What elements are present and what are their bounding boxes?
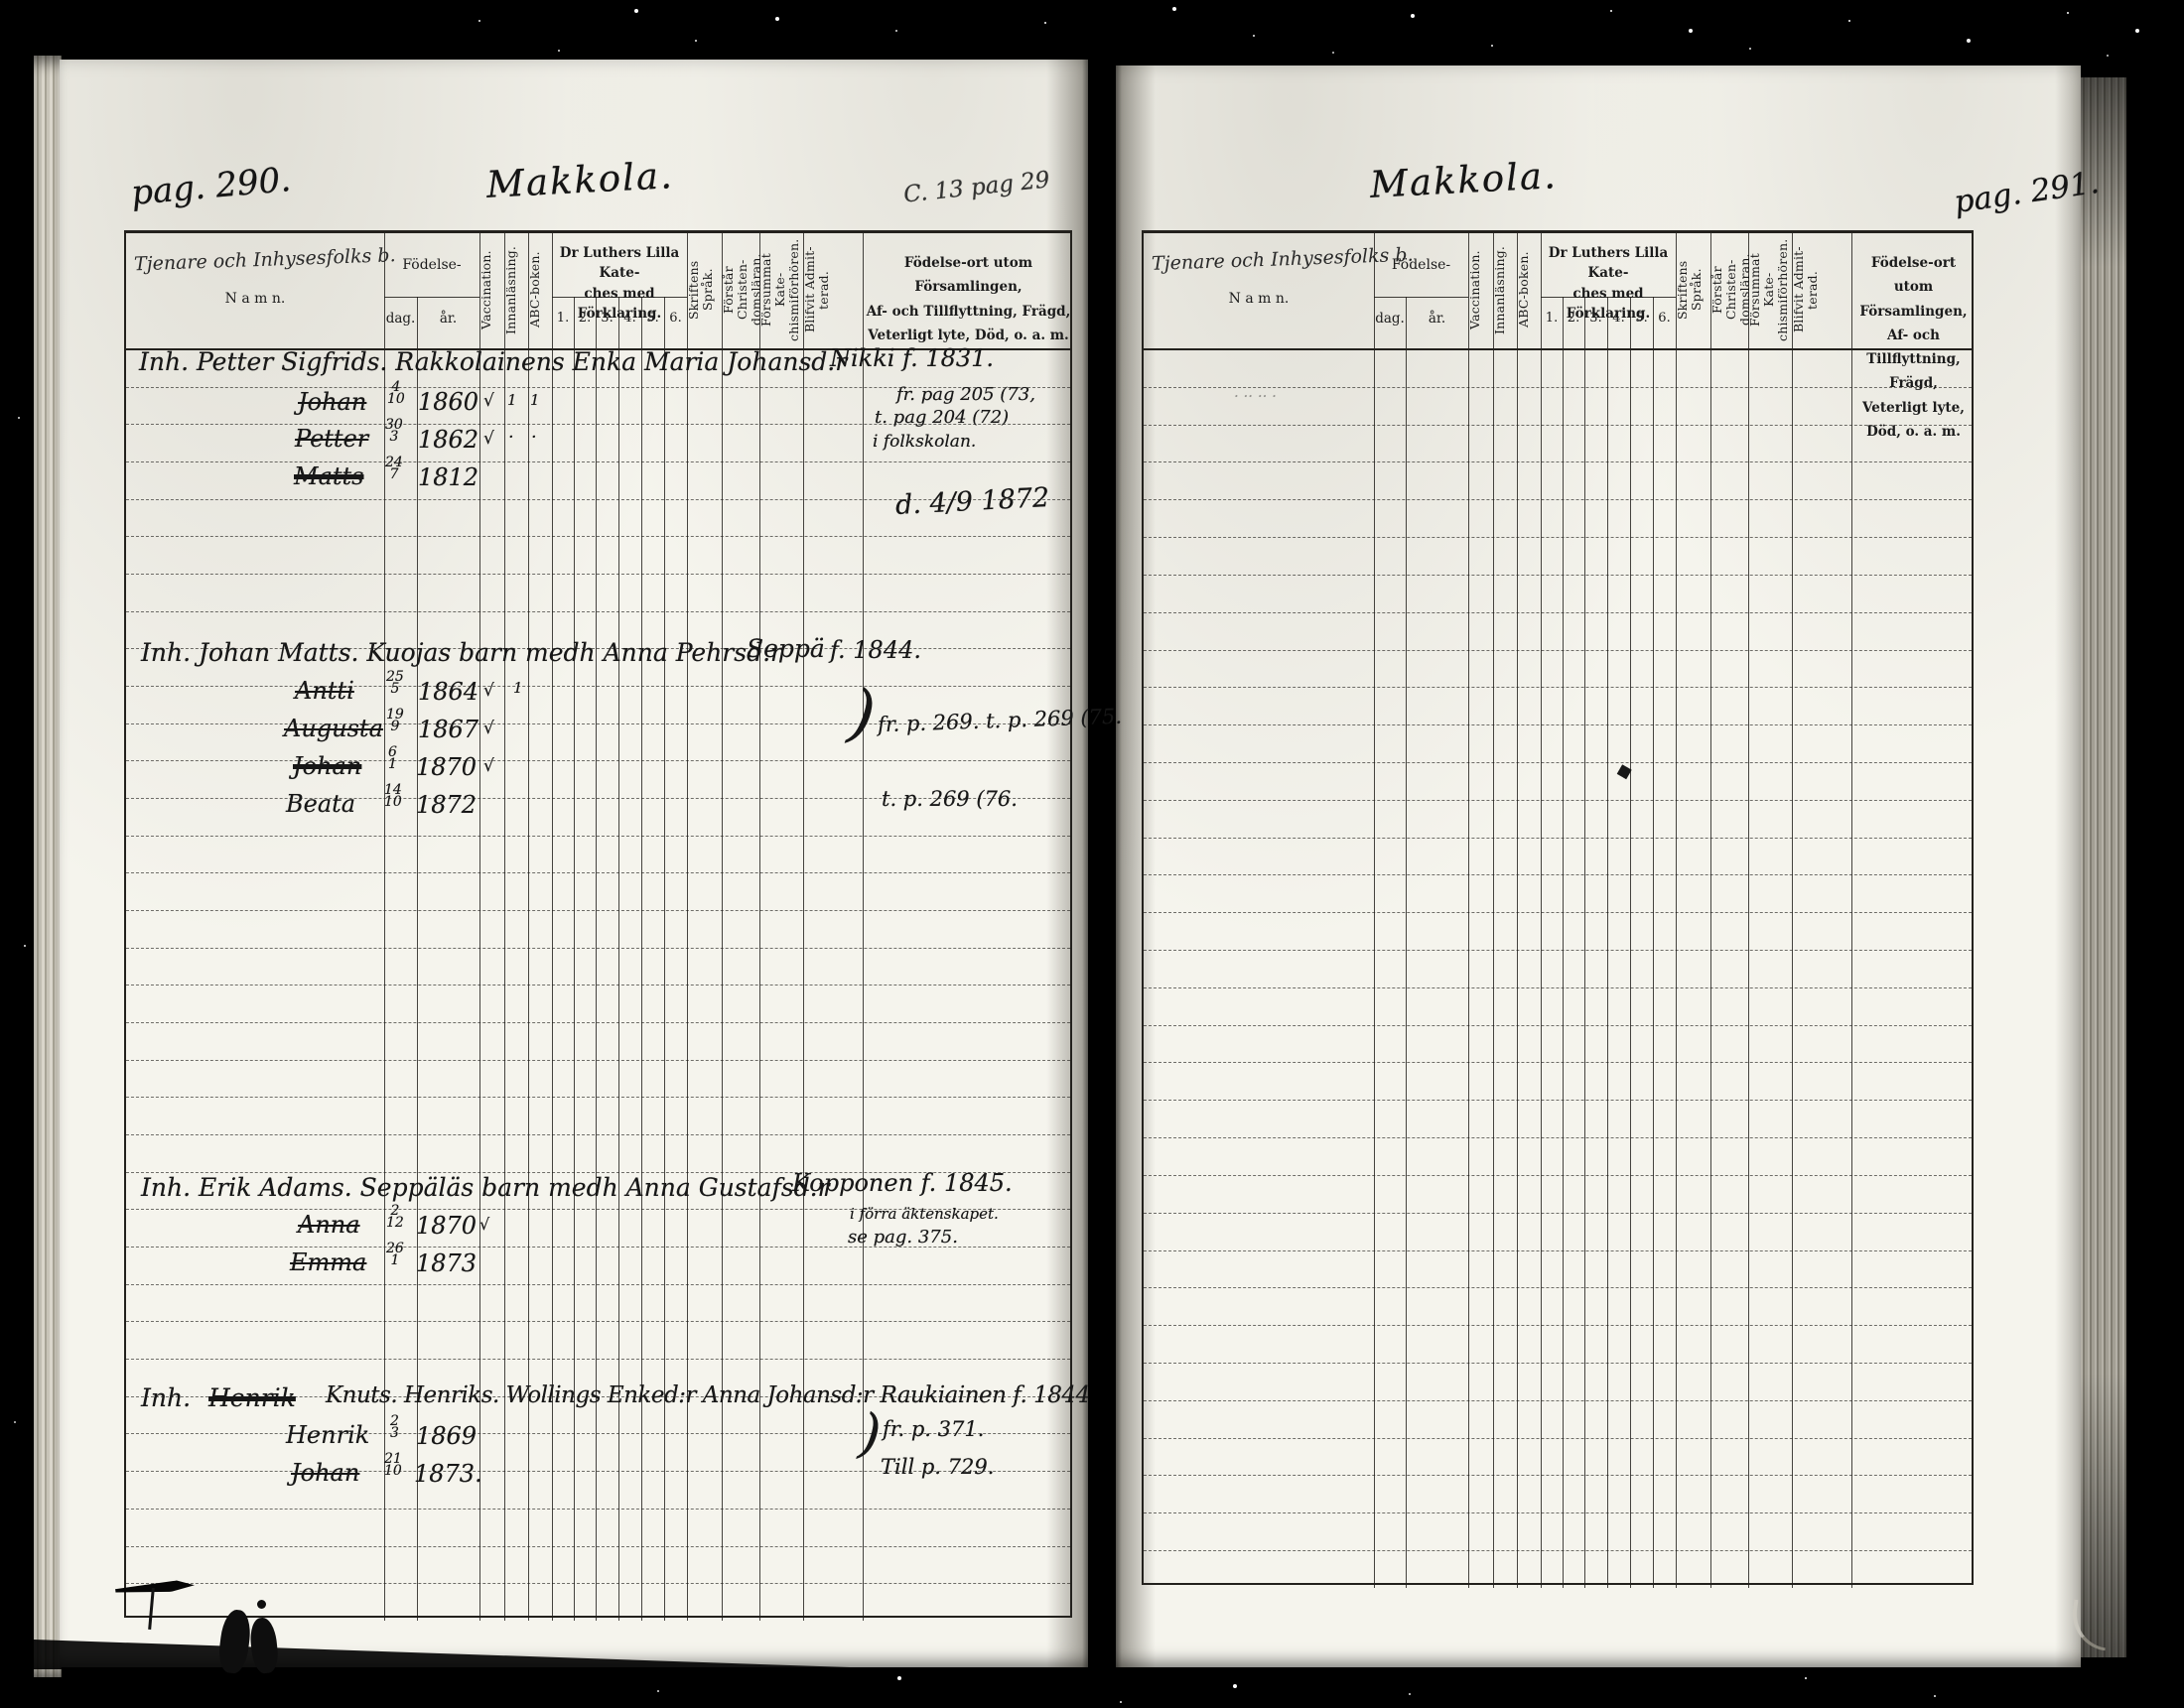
fodelse-header: Födelse- [384, 257, 479, 273]
table-row [126, 388, 1070, 426]
table-row [1144, 1026, 1972, 1064]
table-row [126, 1322, 1070, 1360]
table-row [1144, 1063, 1972, 1101]
namn-annotation: Tjenare och Inhysesfolks b. [1152, 245, 1375, 275]
forsummat-katechismiforhoren-header: Försummat Kate- chismiförhören. [759, 237, 803, 342]
kateches-col-5: 5. [1630, 311, 1653, 326]
table-row [1144, 763, 1972, 801]
book-gutter [1082, 56, 1122, 1671]
abc-boken-header: ABC-boken. [528, 237, 552, 342]
table-row [126, 537, 1070, 575]
table-row [126, 462, 1070, 500]
table-row [126, 1173, 1070, 1211]
ar-header: år. [417, 311, 479, 327]
forsummat-katechismiforhoren-header: Försummat Kate- chismiförhören. [1748, 237, 1792, 342]
table-row [1144, 1476, 1972, 1513]
table-row [126, 612, 1070, 650]
skriftens-sprak-header: Skriftens Språk. [687, 237, 722, 342]
blifvit-admitterad-header: Blifvit Admit- terad. [803, 237, 863, 342]
table-row [1144, 988, 1972, 1026]
notes-column-header: Födelse-ort utom Församlingen, Af- och T… [863, 251, 1074, 347]
vaccination-header: Vaccination. [479, 237, 504, 342]
table-row [126, 500, 1070, 538]
table-row [1144, 725, 1972, 763]
kateches-col-6: 6. [664, 311, 687, 326]
table-row [1144, 1401, 1972, 1439]
forstar-christendomslaran-header: Förstår Christen- domsläran. [1710, 237, 1748, 342]
table-row [1144, 1176, 1972, 1214]
skriftens-sprak-header: Skriftens Språk. [1676, 237, 1710, 342]
table-row [126, 687, 1070, 724]
ar-header: år. [1406, 311, 1468, 327]
table-row [1144, 462, 1972, 500]
table-body [1144, 348, 1972, 1588]
table-row [126, 837, 1070, 874]
table-row [126, 1135, 1070, 1173]
table-row [126, 1023, 1070, 1061]
namn-header: N a m n. [126, 291, 384, 307]
table-row [1144, 388, 1972, 426]
dag-header: dag. [1374, 311, 1406, 327]
table-row [126, 873, 1070, 911]
table-row [1144, 951, 1972, 988]
innanlasning-header: Innanläsning. [1493, 237, 1517, 342]
scan-noise-speckles [0, 0, 2, 2]
table-row [1144, 913, 1972, 951]
scanned-parish-register-spread: pag. 290. Makkola. C. 13 pag 29 Makkola.… [0, 0, 2184, 1708]
table-row [1144, 1251, 1972, 1289]
table-row [126, 1434, 1070, 1472]
kateches-col-2: 2. [1563, 311, 1584, 326]
table-row [1144, 1439, 1972, 1477]
table-row [1144, 688, 1972, 725]
table-row [1144, 350, 1972, 388]
kateches-col-1: 1. [1541, 311, 1563, 326]
fodelse-header: Födelse- [1374, 257, 1468, 273]
table-row [1144, 500, 1972, 538]
table-row [1144, 1364, 1972, 1401]
table-row [126, 1472, 1070, 1510]
table-row [1144, 1288, 1972, 1326]
table-row [1144, 613, 1972, 651]
header-divider [384, 297, 479, 298]
header-divider [1374, 297, 1468, 298]
finger-dot [257, 1600, 266, 1609]
table-row [126, 1098, 1070, 1135]
table-row [1144, 839, 1972, 876]
table-body [126, 348, 1070, 1621]
table-row [126, 1397, 1070, 1435]
namn-annotation: Tjenare och Inhysesfolks b. [134, 245, 385, 276]
book-right-page-edges [2081, 77, 2126, 1657]
kateches-col-3: 3. [1584, 311, 1607, 326]
table-row [126, 985, 1070, 1023]
table-row [126, 575, 1070, 612]
table-row [1144, 801, 1972, 839]
kateches-col-2: 2. [574, 311, 596, 326]
table-row [1144, 1326, 1972, 1364]
kateches-col-3: 3. [596, 311, 618, 326]
kateches-col-1: 1. [552, 311, 574, 326]
table-row [126, 724, 1070, 762]
table-row [1144, 1101, 1972, 1138]
table-row [126, 1510, 1070, 1547]
vaccination-header: Vaccination. [1468, 237, 1493, 342]
table-row [126, 949, 1070, 986]
forstar-christendomslaran-header: Förstår Christen- domsläran. [722, 237, 759, 342]
table-row [126, 649, 1070, 687]
table-row [126, 761, 1070, 799]
table-row [1144, 1214, 1972, 1251]
table-row [126, 911, 1070, 949]
innanlasning-header: Innanläsning. [504, 237, 528, 342]
table-row [126, 1248, 1070, 1285]
table-row [126, 1360, 1070, 1397]
kateches-col-5: 5. [641, 311, 664, 326]
table-row [1144, 875, 1972, 913]
table-row [1144, 1138, 1972, 1176]
table-row [1144, 1551, 1972, 1588]
table-row [1144, 651, 1972, 689]
table-row [126, 1547, 1070, 1585]
table-row [126, 1061, 1070, 1099]
kateches-col-4: 4. [618, 311, 641, 326]
namn-header: N a m n. [1144, 291, 1374, 307]
table-row [1144, 426, 1972, 463]
abc-boken-header: ABC-boken. [1517, 237, 1541, 342]
book-left-page-edges [34, 56, 62, 1677]
kateches-col-6: 6. [1653, 311, 1676, 326]
blifvit-admitterad-header: Blifvit Admit- terad. [1792, 237, 1851, 342]
table-row [126, 1210, 1070, 1248]
table-row [126, 1285, 1070, 1323]
table-row [1144, 576, 1972, 613]
left-register-table: Tjenare och Inhysesfolks b.N a m n.Födel… [124, 230, 1072, 1618]
table-row [126, 425, 1070, 462]
right-register-table: Tjenare och Inhysesfolks b.N a m n.Födel… [1142, 230, 1974, 1585]
dag-header: dag. [384, 311, 417, 327]
table-row [1144, 1513, 1972, 1551]
table-row [126, 350, 1070, 388]
table-row [1144, 538, 1972, 576]
kateches-col-4: 4. [1607, 311, 1630, 326]
table-row [126, 1584, 1070, 1621]
table-row [126, 799, 1070, 837]
